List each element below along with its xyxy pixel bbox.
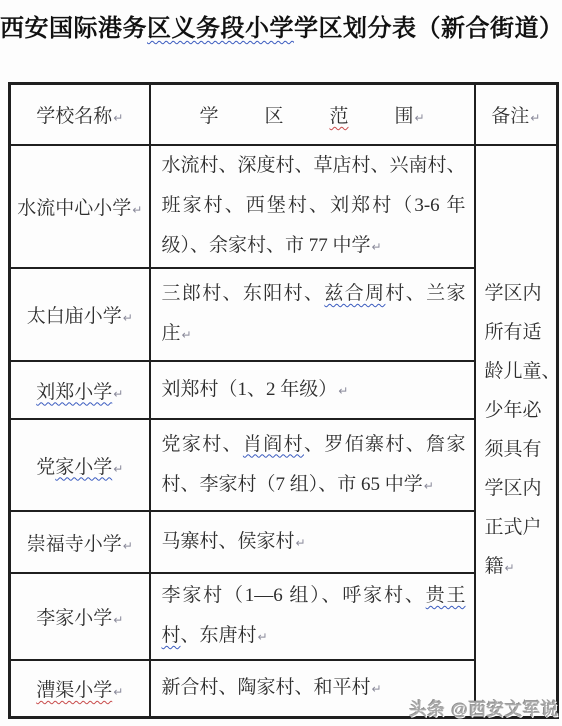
paragraph-mark-icon: ↵ xyxy=(296,536,306,550)
note-merged-cell: 学区内 所有适 龄儿童、 少年必 须具有 学区内 正式户 籍↵ xyxy=(475,145,558,718)
paragraph-mark-icon: ↵ xyxy=(530,111,540,125)
header-district-range: 学 区 范 围↵ xyxy=(150,84,475,146)
header-note: 备注↵ xyxy=(475,84,558,146)
district-range-cell: 三郎村、东阳村、兹合周村、兰家庄↵ xyxy=(150,268,475,361)
school-name-cell: 党家小学↵ xyxy=(10,419,150,511)
header-school-name: 学校名称↵ xyxy=(10,84,150,146)
paragraph-mark-icon: ↵ xyxy=(415,111,425,125)
paragraph-mark-icon: ↵ xyxy=(113,387,123,401)
title-segment: 西安国际港务 xyxy=(0,15,147,42)
table-header-row: 学校名称↵ 学 区 范 围↵ 备注↵ xyxy=(10,84,558,146)
paragraph-mark-icon: ↵ xyxy=(424,479,434,493)
school-name-cell: 太白庙小学↵ xyxy=(10,268,150,361)
paragraph-mark-icon: ↵ xyxy=(372,240,382,254)
school-name-cell: 李家小学↵ xyxy=(10,573,150,660)
toutiao-watermark: 头条 @西安文军说 xyxy=(410,695,559,720)
paragraph-mark-icon: ↵ xyxy=(123,539,133,553)
school-name-cell: 崇福寺小学↵ xyxy=(10,511,150,573)
school-name-cell: 漕渠小学↵ xyxy=(10,660,150,718)
district-range-cell: 马寨村、侯家村↵ xyxy=(150,511,475,573)
paragraph-mark-icon: ↵ xyxy=(113,111,123,125)
spellcheck-flagged-text: 兹合周 xyxy=(324,283,385,304)
district-range-cell: 水流村、深度村、草店村、兴南村、班家村、西堡村、刘郑村（3-6 年级）、余家村、… xyxy=(150,145,475,268)
district-range-cell: 党家村、肖阎村、罗佰寨村、詹家村、李家村（7 组）、市 65 中学↵ xyxy=(150,419,475,511)
school-district-table: 学校名称↵ 学 区 范 围↵ 备注↵ 水流中心小学↵ 水流村、深度村、草店村、兴… xyxy=(8,82,559,719)
title-segment: 学区划分表（新合街道） xyxy=(294,15,562,42)
spellcheck-flagged-text: 肖阎村 xyxy=(243,434,304,455)
title-segment-spellcheck: 区义务段小学 xyxy=(147,15,294,42)
paragraph-mark-icon: ↵ xyxy=(113,462,123,476)
district-range-cell: 李家村（1—6 组）、呼家村、贵王村、东唐村↵ xyxy=(150,573,475,660)
paragraph-mark-icon: ↵ xyxy=(113,685,123,699)
page-title: 西安国际港务区义务段小学学区划分表（新合街道） xyxy=(0,8,562,43)
district-range-cell: 刘郑村（1、2 年级）↵ xyxy=(150,361,475,419)
table-row: 水流中心小学↵ 水流村、深度村、草店村、兴南村、班家村、西堡村、刘郑村（3-6 … xyxy=(10,145,558,268)
paragraph-mark-icon: ↵ xyxy=(372,682,382,696)
paragraph-mark-icon: ↵ xyxy=(113,613,123,627)
paragraph-mark-icon: ↵ xyxy=(123,311,133,325)
paragraph-mark-icon: ↵ xyxy=(338,384,348,398)
school-name-cell: 刘郑小学↵ xyxy=(10,361,150,419)
paragraph-mark-icon: ↵ xyxy=(505,561,515,575)
school-name-cell: 水流中心小学↵ xyxy=(10,145,150,268)
paragraph-mark-icon: ↵ xyxy=(258,630,268,644)
spellcheck-flagged-text: 刘郑小学 xyxy=(36,382,112,403)
spellcheck-flagged-text: 漕渠小学 xyxy=(36,680,112,701)
paragraph-mark-icon: ↵ xyxy=(132,203,142,217)
paragraph-mark-icon: ↵ xyxy=(182,328,192,342)
spellcheck-flagged-text: 家小学 xyxy=(55,457,112,478)
